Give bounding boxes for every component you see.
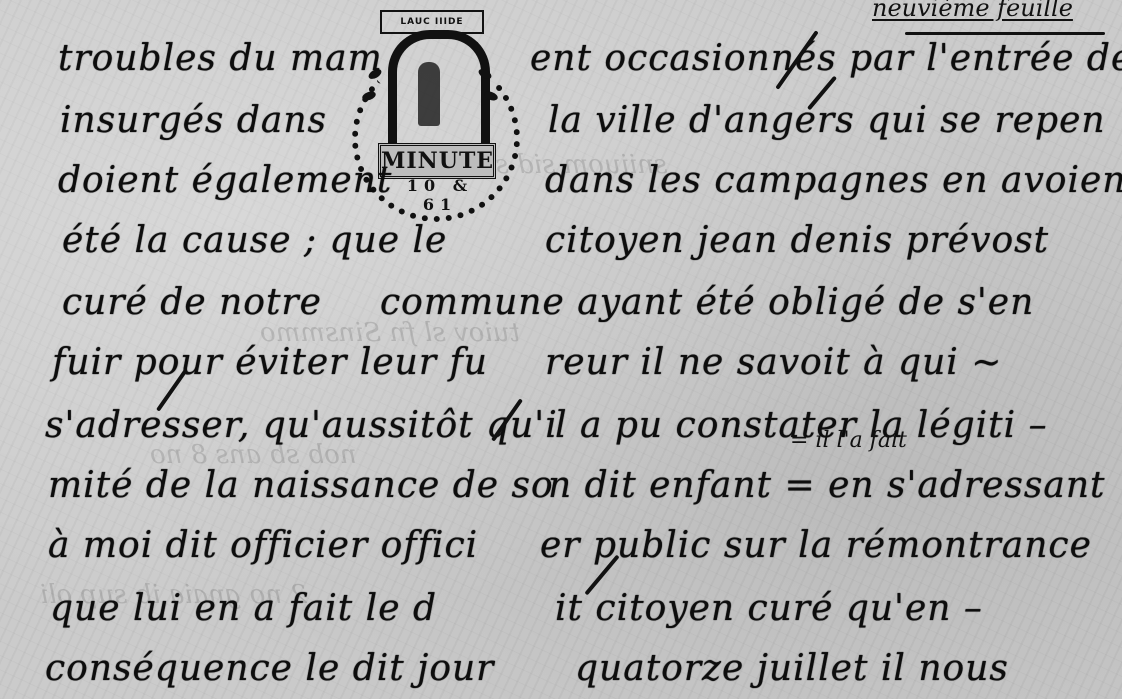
line-text-right: n dit enfant = en s'adressant <box>548 465 1105 506</box>
line-text-right: dans les campagnes en avoient <box>545 160 1122 201</box>
line-text-left: à moi dit officier offici <box>48 525 478 566</box>
line-text-right: la ville d'angers qui se repen <box>548 100 1106 141</box>
line-text-left: que lui en a fait le d <box>50 588 437 629</box>
line-text-right: quatorze juillet il nous <box>575 648 1009 689</box>
line-text-right: ent occasionnés par l'entrée des <box>530 38 1122 79</box>
line-text-left: conséquence le dit jour <box>45 648 494 689</box>
line-text-left: curé de notre <box>62 282 322 323</box>
interlinear-insert: = il l'a fait <box>790 428 907 453</box>
stamp-number: 10 & 61 <box>400 176 480 214</box>
line-text-left: s'adresser, qu'aussitôt qu'i <box>45 405 558 446</box>
header-underline <box>905 32 1105 35</box>
line-text-left: été la cause ; que le <box>62 220 447 261</box>
header-note: neuvième feuille <box>872 0 1073 22</box>
line-text-left: troubles du mam <box>58 38 383 79</box>
stamp-figure-icon <box>418 62 440 126</box>
line-text-right: citoyen jean denis prévost <box>545 220 1049 261</box>
line-text-left: fuir pour éviter leur fu <box>52 342 488 383</box>
line-text-left: insurgés dans <box>60 100 327 141</box>
line-text-right: commune ayant été obligé de s'en <box>380 282 1034 323</box>
line-text-left: mité de la naissance de so <box>48 465 554 506</box>
line-text-left: doient également <box>58 160 392 201</box>
manuscript-page: sniiuom sid s-p tuiov sl fn Sinsmmo nob … <box>0 0 1122 699</box>
line-text-right: it citoyen curé qu'en – <box>555 588 983 629</box>
stamp-label: MINUTE <box>378 143 496 179</box>
line-text-right: er public sur la rémontrance <box>540 525 1092 566</box>
line-text-right: reur il ne savoit à qui ~ <box>545 342 1002 383</box>
